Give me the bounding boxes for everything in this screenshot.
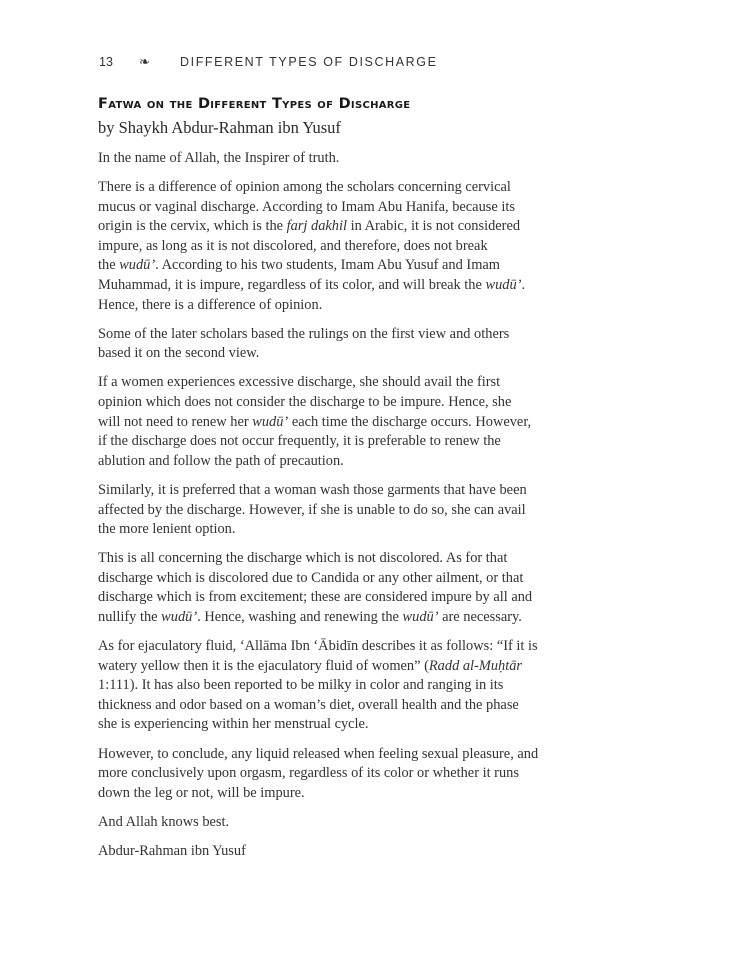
article-title: Fatwa on the Different Types of Discharg… [98,96,410,112]
paragraph: Similarly, it is preferred that a woman … [98,481,528,540]
italic-term: wudū’ [252,414,288,430]
text-line: origin is the cervix, which is the farj … [98,217,528,237]
text-line: will not need to renew her wudū’ each ti… [98,413,528,433]
italic-term: wudū’ [161,609,197,625]
text-line: the wudū’. According to his two students… [98,256,528,276]
paragraph: Abdur-Rahman ibn Yusuf [98,842,528,862]
text-line: down the leg or not, will be impure. [98,784,528,804]
paragraph: This is all concerning the discharge whi… [98,549,528,627]
text-line: thickness and odor based on a woman’s di… [98,696,528,716]
italic-term: Radd al-Muḥtār [429,658,522,674]
italic-term: farj dakhil [287,218,347,234]
running-head-title: DIFFERENT TYPES OF DISCHARGE [180,55,438,69]
paragraph: And Allah knows best. [98,813,528,833]
paragraph: In the name of Allah, the Inspirer of tr… [98,149,528,169]
text-line: nullify the wudū’. Hence, washing and re… [98,608,528,628]
text-line: Abdur-Rahman ibn Yusuf [98,842,528,862]
text-line: As for ejaculatory fluid, ‘Allāma Ibn ‘Ā… [98,637,528,657]
italic-term: wudū’ [119,257,155,273]
text-line: discharge which is from excitement; thes… [98,588,528,608]
text-line: If a women experiences excessive dischar… [98,373,528,393]
text-line: 1:111). It has also been reported to be … [98,676,528,696]
text-line: And Allah knows best. [98,813,528,833]
text-line: Similarly, it is preferred that a woman … [98,481,528,501]
text-line: However, to conclude, any liquid release… [98,745,528,765]
text-line: mucus or vaginal discharge. According to… [98,198,528,218]
paragraph: There is a difference of opinion among t… [98,178,528,315]
text-line: more conclusively upon orgasm, regardles… [98,764,528,784]
article-byline: by Shaykh Abdur-Rahman ibn Yusuf [98,118,341,138]
paragraph: However, to conclude, any liquid release… [98,745,528,804]
text-line: affected by the discharge. However, if s… [98,501,528,521]
text-line: Some of the later scholars based the rul… [98,325,528,345]
italic-term: wudū’ [403,609,439,625]
paragraph: If a women experiences excessive dischar… [98,373,528,471]
text-line: based it on the second view. [98,344,528,364]
text-line: impure, as long as it is not discolored,… [98,237,528,257]
text-line: if the discharge does not occur frequent… [98,432,528,452]
text-line: ablution and follow the path of precauti… [98,452,528,472]
text-line: the more lenient option. [98,520,528,540]
text-line: Hence, there is a difference of opinion. [98,296,528,316]
running-head: 13 ❧ DIFFERENT TYPES OF DISCHARGE [99,53,438,71]
text-line: There is a difference of opinion among t… [98,178,528,198]
text-line: discharge which is discolored due to Can… [98,569,528,589]
article-body: In the name of Allah, the Inspirer of tr… [98,149,528,871]
text-line: she is experiencing within her menstrual… [98,715,528,735]
text-line: In the name of Allah, the Inspirer of tr… [98,149,528,169]
paragraph: As for ejaculatory fluid, ‘Allāma Ibn ‘Ā… [98,637,528,735]
text-line: opinion which does not consider the disc… [98,393,528,413]
text-line: Muhammad, it is impure, regardless of it… [98,276,528,296]
paragraph: Some of the later scholars based the rul… [98,325,528,364]
floral-ornament-icon: ❧ [139,54,169,70]
text-line: watery yellow then it is the ejaculatory… [98,657,528,677]
page-number: 13 [99,55,139,69]
text-line: This is all concerning the discharge whi… [98,549,528,569]
italic-term: wudū’ [485,277,521,293]
document-page: 13 ❧ DIFFERENT TYPES OF DISCHARGE Fatwa … [0,0,750,970]
